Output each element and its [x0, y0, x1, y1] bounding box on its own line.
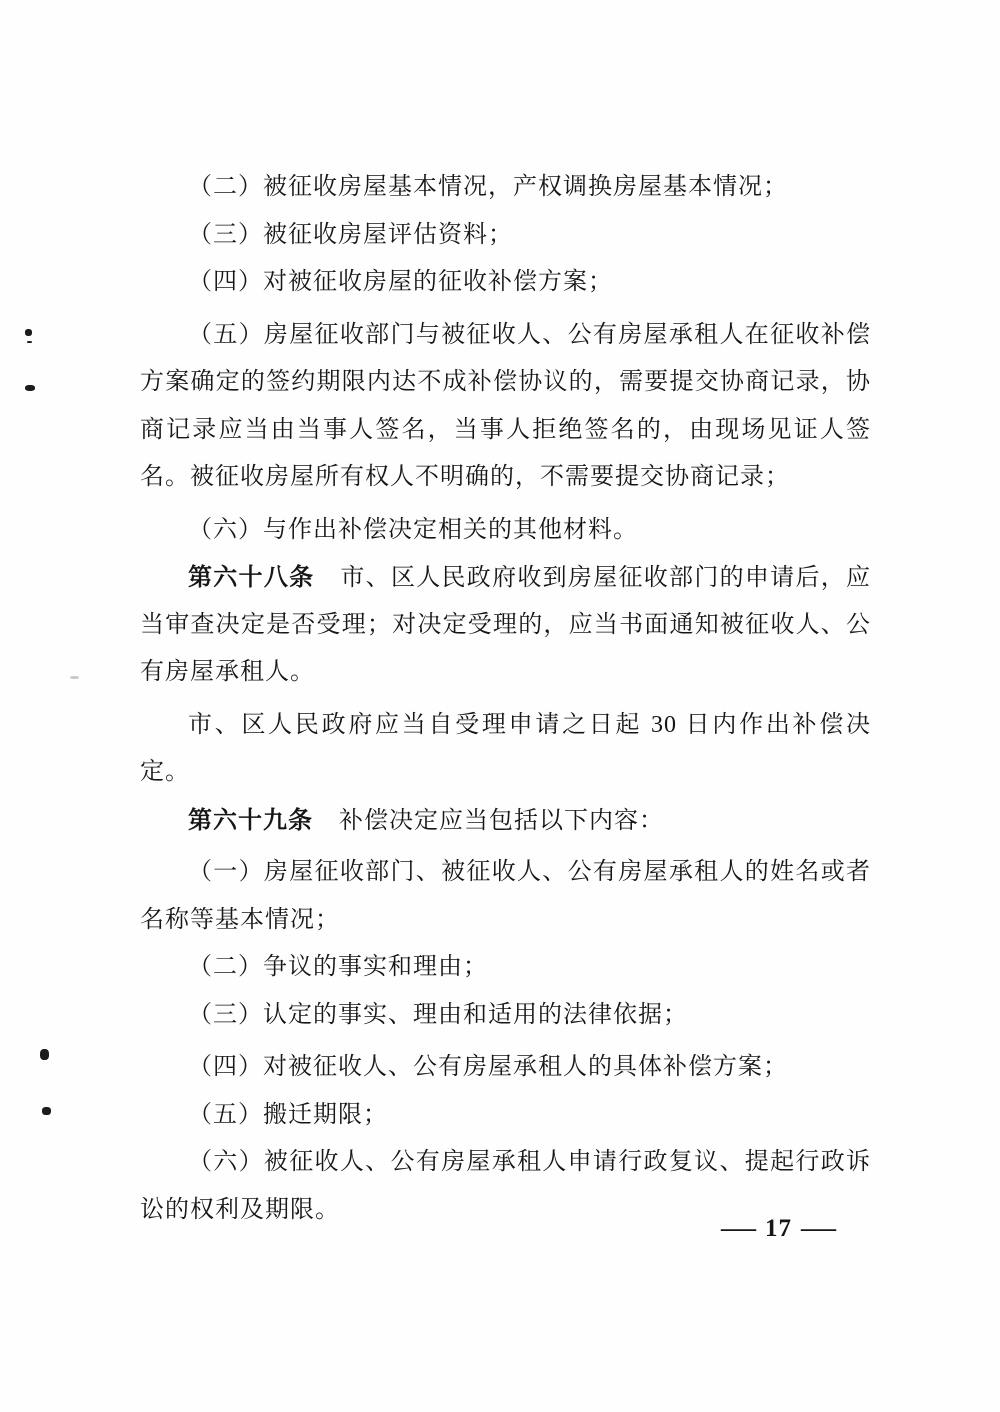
doc-line: 定。 — [140, 749, 871, 797]
ink-speck — [42, 1107, 51, 1115]
doc-line-article-68: 第六十八条市、区人民政府收到房屋征收部门的申请后，应 — [140, 554, 871, 602]
doc-line: 市、区人民政府应当自受理申请之日起 30 日内作出补偿决 — [140, 702, 871, 750]
doc-line: （六）被征收人、公有房屋承租人申请行政复议、提起行政诉 — [140, 1139, 871, 1187]
doc-line: （六）与作出补偿决定相关的其他材料。 — [140, 507, 871, 555]
doc-line: 有房屋承租人。 — [140, 649, 871, 697]
doc-line: （五）搬迁期限； — [140, 1092, 871, 1140]
article-69-heading: 第六十九条 — [188, 807, 313, 834]
doc-line: （二）争议的事实和理由； — [140, 944, 871, 992]
scanned-document-page: （二）被征收房屋基本情况，产权调换房屋基本情况； （三）被征收房屋评估资料； （… — [0, 0, 1000, 1412]
page-number: 17 — [765, 1215, 792, 1243]
footer-dash-left: — — [721, 1215, 756, 1243]
footer-dash-right: — — [801, 1215, 836, 1243]
article-68-text: 市、区人民政府收到房屋征收部门的申请后，应 — [340, 565, 871, 591]
document-body: （二）被征收房屋基本情况，产权调换房屋基本情况； （三）被征收房屋评估资料； （… — [140, 164, 871, 1234]
doc-line: （三）被征收房屋评估资料； — [140, 212, 871, 260]
doc-line-article-69: 第六十九条补偿决定应当包括以下内容： — [140, 797, 871, 845]
doc-line: （五）房屋征收部门与被征收人、公有房屋承租人在征收补偿 — [140, 312, 871, 360]
page-footer: — 17 — — [726, 1215, 831, 1243]
doc-line: 商记录应当由当事人签名，当事人拒绝签名的，由现场见证人签 — [140, 407, 871, 455]
doc-line: （四）对被征收人、公有房屋承租人的具体补偿方案； — [140, 1044, 871, 1092]
article-69-text: 补偿决定应当包括以下内容： — [339, 808, 664, 834]
ink-speck — [25, 329, 32, 336]
doc-line: （二）被征收房屋基本情况，产权调换房屋基本情况； — [140, 164, 871, 212]
doc-line: （三）认定的事实、理由和适用的法律依据； — [140, 992, 871, 1040]
ink-speck — [25, 385, 35, 391]
doc-line: （一）房屋征收部门、被征收人、公有房屋承租人的姓名或者 — [140, 849, 871, 897]
doc-line: 当审查决定是否受理；对决定受理的，应当书面通知被征收人、公 — [140, 602, 871, 650]
doc-line: 方案确定的签约期限内达不成补偿协议的，需要提交协商记录，协 — [140, 359, 871, 407]
doc-line: 名。被征收房屋所有权人不明确的，不需要提交协商记录； — [140, 454, 871, 502]
article-68-heading: 第六十八条 — [188, 564, 314, 591]
doc-line: 名称等基本情况； — [140, 897, 871, 945]
doc-line: （四）对被征收房屋的征收补偿方案； — [140, 259, 871, 307]
ink-speck — [40, 1049, 49, 1060]
ink-speck — [27, 341, 32, 343]
ink-speck — [70, 676, 79, 679]
